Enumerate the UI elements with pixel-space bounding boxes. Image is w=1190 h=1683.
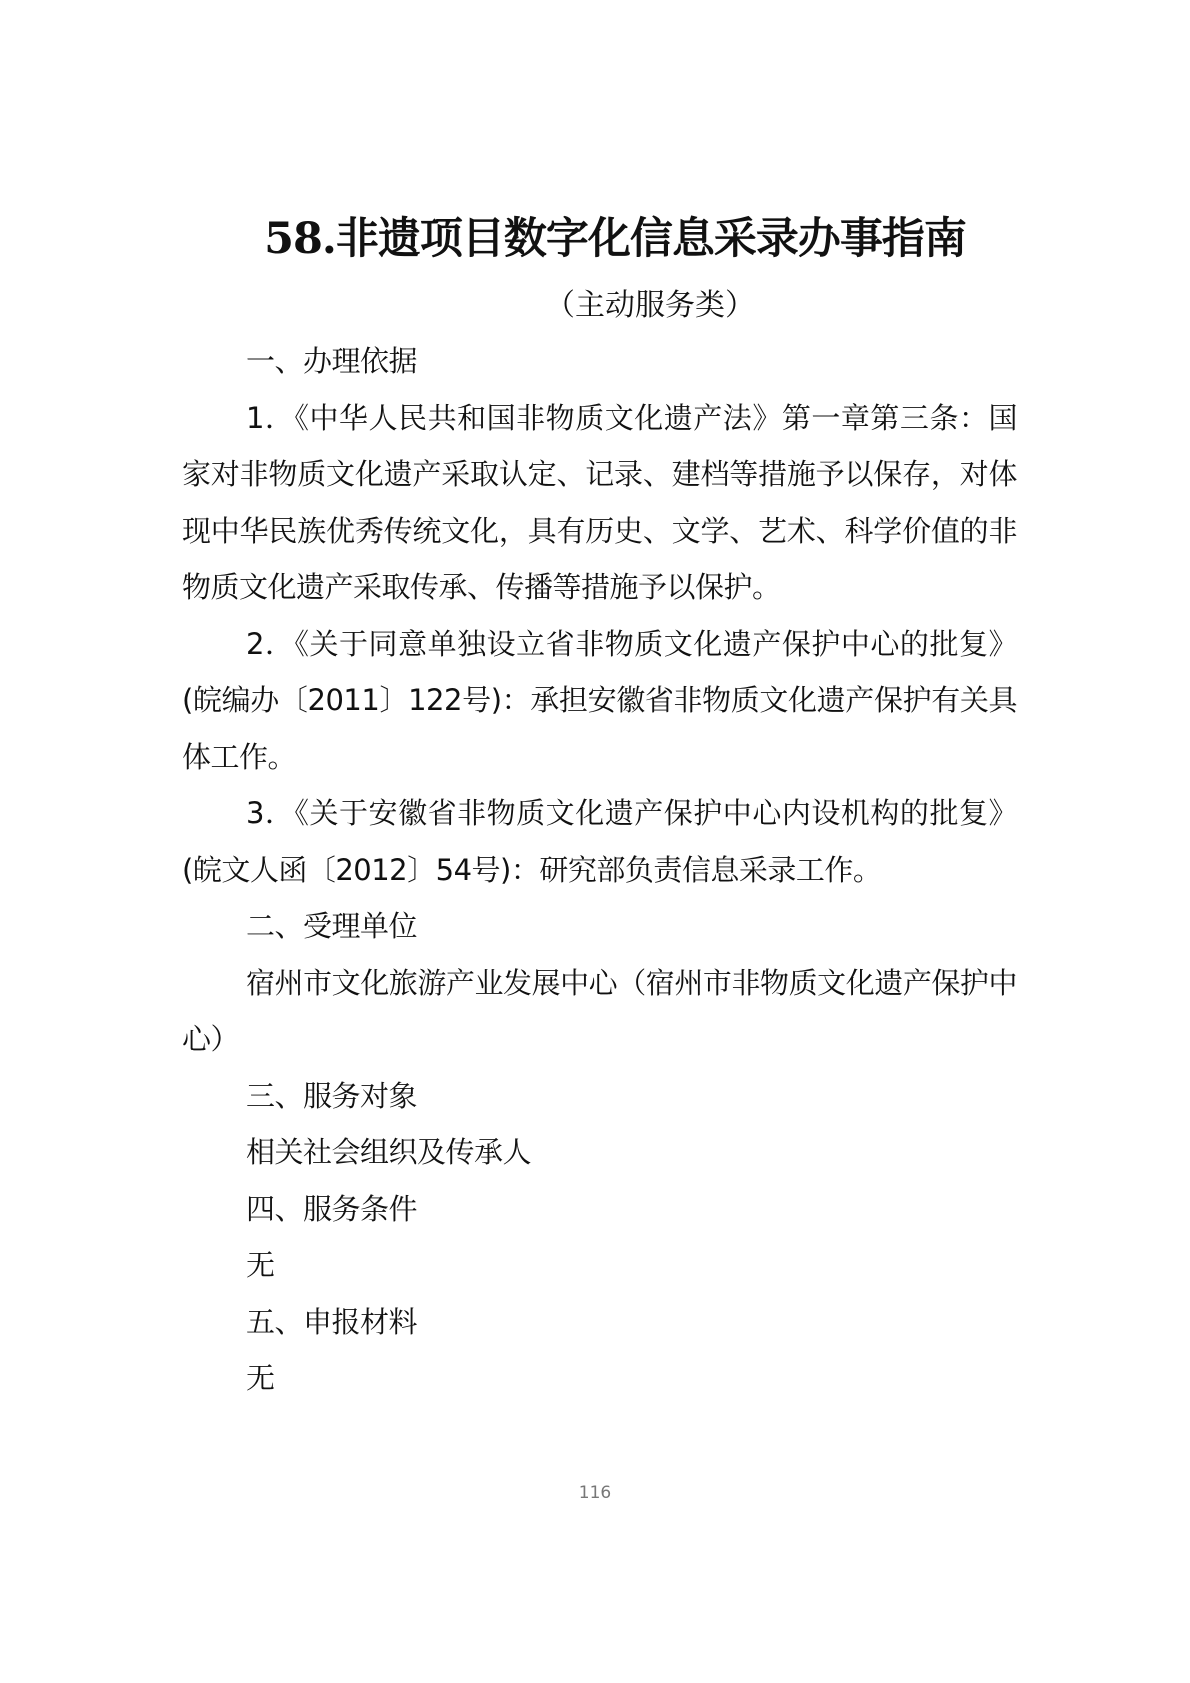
section-heading-unit: 二、受理单位 (182, 898, 1017, 955)
page-number: 116 (0, 1483, 1190, 1503)
section-heading-basis: 一、办理依据 (182, 333, 1017, 390)
section-heading-conditions: 四、服务条件 (182, 1181, 1017, 1238)
materials-text: 无 (182, 1350, 1017, 1407)
document-title: 58.非遗项目数字化信息采录办事指南 (0, 205, 1190, 266)
target-text: 相关社会组织及传承人 (182, 1124, 1017, 1181)
unit-text: 宿州市文化旅游产业发展中心（宿州市非物质文化遗产保护中心） (182, 955, 1017, 1068)
basis-item-3: 3．《关于安徽省非物质文化遗产保护中心内设机构的批复》(皖文人函〔2012〕54… (182, 785, 1017, 898)
section-heading-materials: 五、申报材料 (182, 1294, 1017, 1351)
basis-item-2: 2．《关于同意单独设立省非物质文化遗产保护中心的批复》(皖编办〔2011〕122… (182, 616, 1017, 786)
conditions-text: 无 (182, 1237, 1017, 1294)
section-heading-target: 三、服务对象 (182, 1068, 1017, 1125)
document-subtitle: （主动服务类） (0, 280, 1190, 324)
document-body: 一、办理依据 1．《中华人民共和国非物质文化遗产法》第一章第三条：国家对非物质文… (182, 333, 1017, 1407)
basis-item-1: 1．《中华人民共和国非物质文化遗产法》第一章第三条：国家对非物质文化遗产采取认定… (182, 390, 1017, 616)
